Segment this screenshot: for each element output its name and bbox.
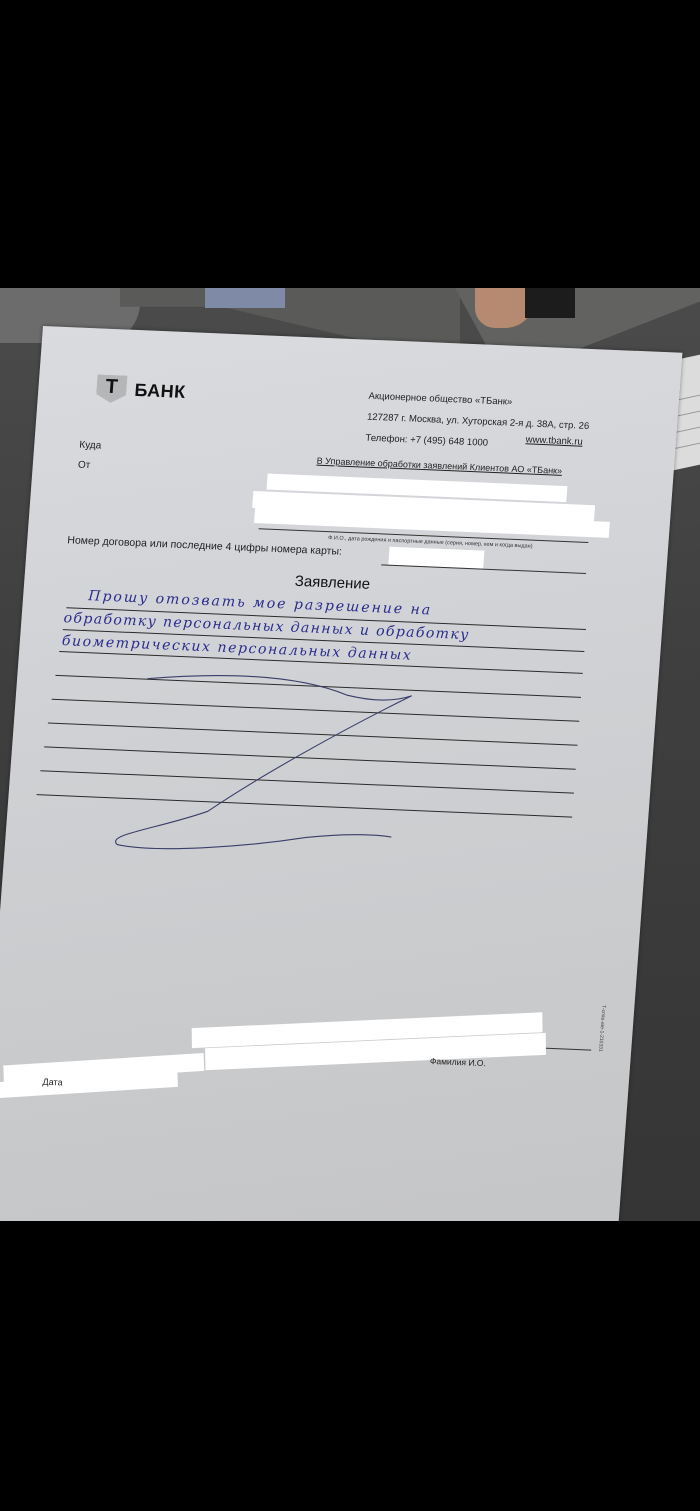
document-photo: Т БАНК Акционерное общество «ТБанк» 1272…: [0, 288, 700, 1221]
date-label: Дата: [42, 1077, 63, 1088]
person-sleeve: [205, 288, 285, 308]
application-form: Т БАНК Акционерное общество «ТБанк» 1272…: [0, 326, 682, 1221]
person-shadow: [525, 288, 575, 318]
